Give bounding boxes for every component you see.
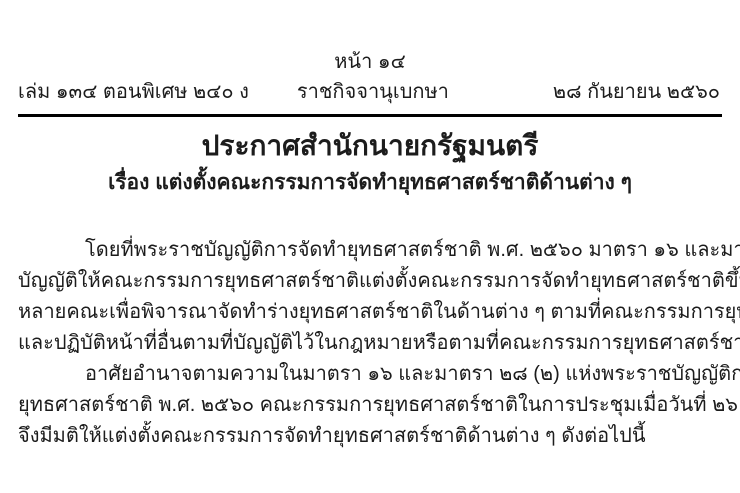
announcement-title: ประกาศสำนักนายกรัฐมนตรี [0, 129, 740, 163]
body-line: จึงมีมติให้แต่งตั้งคณะกรรมการจัดทำยุทธศา… [18, 421, 720, 452]
page-header: หน้า ๑๔ เล่ม ๑๓๔ ตอนพิเศษ ๒๔๐ ง ราชกิจจา… [0, 0, 740, 117]
page-number: หน้า ๑๔ [0, 48, 740, 76]
paragraph-1: โดยที่พระราชบัญญัติการจัดทำยุทธศาสตร์ชาต… [18, 235, 720, 359]
body-line: โดยที่พระราชบัญญัติการจัดทำยุทธศาสตร์ชาต… [18, 235, 720, 266]
body-line: บัญญัติให้คณะกรรมการยุทธศาสตร์ชาติแต่งตั… [18, 266, 720, 297]
gazette-page: หน้า ๑๔ เล่ม ๑๓๔ ตอนพิเศษ ๒๔๐ ง ราชกิจจา… [0, 0, 740, 493]
body-line: อาศัยอำนาจตามความในมาตรา ๑๖ และมาตรา ๒๘ … [18, 359, 720, 390]
document-body: โดยที่พระราชบัญญัติการจัดทำยุทธศาสตร์ชาต… [0, 235, 740, 452]
header-divider [18, 114, 722, 117]
body-line: และปฏิบัติหน้าที่อื่นตามที่บัญญัติไว้ในก… [18, 328, 720, 359]
body-line: หลายคณะเพื่อพิจารณาจัดทำร่างยุทธศาสตร์ชา… [18, 297, 720, 328]
gazette-name: ราชกิจจานุเบกษา [221, 78, 525, 106]
paragraph-2: อาศัยอำนาจตามความในมาตรา ๑๖ และมาตรา ๒๘ … [18, 359, 720, 452]
header-row: เล่ม ๑๓๔ ตอนพิเศษ ๒๔๐ ง ราชกิจจานุเบกษา … [0, 76, 740, 106]
issue-date: ๒๘ กันยายน ๒๕๖๐ [553, 78, 720, 106]
announcement-subject: เรื่อง แต่งตั้งคณะกรรมการจัดทำยุทธศาสตร์… [0, 169, 740, 197]
volume-info: เล่ม ๑๓๔ ตอนพิเศษ ๒๔๐ ง [18, 78, 249, 106]
body-line: ยุทธศาสตร์ชาติ พ.ศ. ๒๕๖๐ คณะกรรมการยุทธศ… [18, 390, 720, 421]
